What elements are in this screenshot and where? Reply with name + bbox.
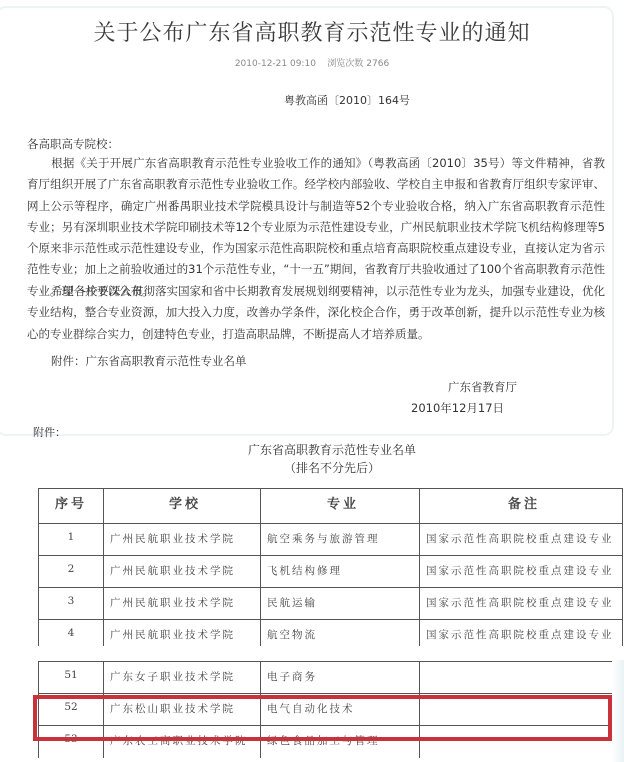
cell-school: 广州民航职业技术学院	[104, 556, 261, 588]
table-row-highlighted: 52 广东松山职业技术学院 电气自动化技术	[39, 694, 623, 726]
cell-no: 4	[39, 620, 104, 646]
cell-no: 53	[39, 726, 104, 758]
cell-note	[420, 694, 623, 726]
document-number: 粤教高函〔2010〕164号	[284, 92, 410, 108]
signer: 广东省教育厅	[448, 379, 517, 395]
cell-major: 电气自动化技术	[261, 694, 420, 726]
cell-school: 广州民航职业技术学院	[104, 524, 261, 556]
article-meta: 2010-12-21 09:10 浏览次数 2766	[0, 56, 624, 69]
table-row: 1 广州民航职业技术学院 航空乘务与旅游管理 国家示范性高职院校重点建设专业	[39, 524, 623, 556]
edge-decoration	[612, 660, 624, 762]
attachment-label: 附件：	[33, 424, 66, 440]
cell-major: 航空乘务与旅游管理	[261, 524, 420, 556]
views-count: 2766	[366, 59, 389, 69]
cell-school: 广州民航职业技术学院	[104, 620, 261, 646]
cell-no: 51	[39, 662, 104, 694]
majors-table: 序号 学校 专业 备注 1 广州民航职业技术学院 航空乘务与旅游管理 国家示范性…	[38, 488, 623, 646]
cell-major: 飞机结构修理	[261, 556, 420, 588]
cell-no: 2	[39, 556, 104, 588]
cell-note	[420, 726, 623, 758]
list-title: 广东省高职教育示范性专业名单	[0, 441, 624, 458]
views-label: 浏览次数	[327, 59, 363, 69]
cell-no: 3	[39, 588, 104, 620]
table-row: 53 广东农工商职业技术学院 绿色食品加工与管理	[39, 726, 623, 758]
majors-table-continued: 51 广东女子职业技术学院 电子商务 52 广东松山职业技术学院 电气自动化技术…	[38, 661, 623, 758]
cell-no: 52	[39, 694, 104, 726]
table-header: 序号 学校 专业 备注	[39, 489, 623, 524]
body-paragraph: 根据《关于开展广东省高职教育示范性专业验收工作的通知》（粤教高函〔2010〕35…	[27, 153, 605, 302]
cell-major: 绿色食品加工与管理	[261, 726, 420, 758]
attachment-reference: 附件：广东省高职教育示范性专业名单	[51, 353, 247, 369]
body-paragraph: 希望各校要深入贯彻落实国家和省中长期教育发展规划纲要精神，以示范性专业为龙头，加…	[27, 281, 605, 345]
cell-major: 航空物流	[261, 620, 420, 646]
cell-school: 广东女子职业技术学院	[104, 662, 261, 694]
list-subtitle: （排名不分先后）	[0, 459, 624, 476]
cell-school: 广东农工商职业技术学院	[104, 726, 261, 758]
column-header-major: 专业	[261, 489, 420, 524]
cell-major: 民航运输	[261, 588, 420, 620]
sign-date: 2010年12月17日	[411, 400, 504, 416]
cell-note	[420, 662, 623, 694]
cell-note: 国家示范性高职院校重点建设专业	[420, 620, 623, 646]
cell-no: 1	[39, 524, 104, 556]
cell-major: 电子商务	[261, 662, 420, 694]
table-row: 3 广州民航职业技术学院 民航运输 国家示范性高职院校重点建设专业	[39, 588, 623, 620]
column-header-no: 序号	[39, 489, 104, 524]
cell-note: 国家示范性高职院校重点建设专业	[420, 588, 623, 620]
table-row: 4 广州民航职业技术学院 航空物流 国家示范性高职院校重点建设专业	[39, 620, 623, 646]
table-row: 51 广东女子职业技术学院 电子商务	[39, 662, 623, 694]
table-row: 2 广州民航职业技术学院 飞机结构修理 国家示范性高职院校重点建设专业	[39, 556, 623, 588]
cell-note: 国家示范性高职院校重点建设专业	[420, 524, 623, 556]
column-header-note: 备注	[420, 489, 623, 524]
page-title: 关于公布广东省高职教育示范性专业的通知	[0, 16, 624, 47]
cell-note: 国家示范性高职院校重点建设专业	[420, 556, 623, 588]
salutation: 各高职高专院校：	[27, 136, 119, 152]
cell-school: 广东松山职业技术学院	[104, 694, 261, 726]
cell-school: 广州民航职业技术学院	[104, 588, 261, 620]
column-header-school: 学校	[104, 489, 261, 524]
publish-time: 2010-12-21 09:10	[235, 59, 316, 69]
